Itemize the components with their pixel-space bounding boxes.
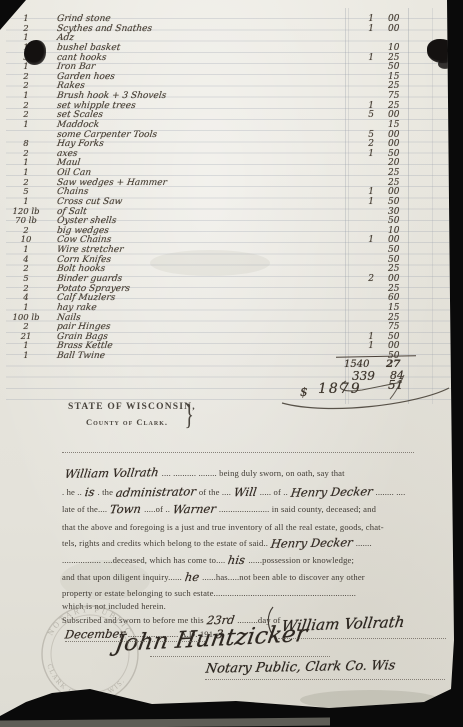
item-description: Oil Can: [56, 168, 91, 178]
grand-total-cents: 51: [388, 378, 403, 392]
item-price-cents: 25: [388, 81, 412, 91]
item-quantity: 1: [2, 197, 50, 207]
item-description: Binder guards: [56, 274, 122, 284]
ink-blot: [438, 59, 452, 69]
item-price-dollars: 1: [352, 149, 374, 159]
item-description: set Scales: [56, 110, 103, 120]
inventory-row: 2Rakes25: [0, 81, 463, 91]
scanned-document-photo: 1Grind stone1002Scythes and Snathes1001A…: [0, 0, 463, 727]
item-quantity: 1: [2, 14, 50, 24]
printed-form-text: and that upon diligent inquiry......: [62, 572, 182, 582]
item-price-cents: 60: [388, 293, 412, 303]
printed-form-text: tels, rights and credits which belong to…: [62, 538, 268, 548]
printed-form-text: ...................... in said county, d…: [219, 504, 376, 514]
svg-text:CLARK COUNTY, WIS.: CLARK COUNTY, WIS.: [45, 663, 126, 700]
inventory-row: 2pair Hinges75: [0, 322, 463, 332]
item-price-dollars: 2: [352, 139, 374, 149]
affidavit-line: tels, rights and credits which belong to…: [62, 533, 422, 551]
handwritten-fill-in: he: [184, 570, 200, 584]
item-description: Calf Muzlers: [56, 293, 115, 303]
printed-form-text: ..... of ..: [260, 487, 288, 497]
handwritten-fill-in: Will: [233, 485, 258, 499]
item-description: Rakes: [56, 81, 85, 91]
item-quantity: 8: [2, 139, 50, 149]
printed-form-text: late of the....: [62, 504, 107, 514]
item-description: Ball Twine: [56, 351, 105, 361]
inventory-row: 1Brass Kettle100: [0, 341, 463, 351]
printed-form-text: . he ..: [62, 487, 82, 497]
inventory-row: 1Iron Bar50: [0, 62, 463, 72]
handwritten-fill-in: Warner: [172, 502, 217, 517]
item-price-dollars: 1: [352, 24, 374, 34]
printed-form-text: .....of ..: [144, 504, 170, 514]
printed-form-text: ......has.....not been able to discover …: [202, 572, 365, 582]
paper-stain: [300, 690, 440, 710]
item-price-cents: 00: [388, 235, 412, 245]
item-price-cents: 15: [388, 120, 412, 130]
item-quantity: 1: [2, 62, 50, 72]
item-quantity: 1: [2, 158, 50, 168]
item-quantity: 1: [2, 341, 50, 351]
dotted-rule: [62, 452, 414, 453]
notary-title-handwritten: Notary Public, Clark Co. Wis: [205, 658, 397, 676]
inventory-row: 1Grind stone100: [0, 14, 463, 24]
handwritten-fill-in: Henry Decker: [290, 484, 374, 499]
item-price-cents: 20: [388, 158, 412, 168]
affidavit-line: . he ..is. theadministratorof the ....Wi…: [62, 482, 422, 500]
item-price-cents: 50: [388, 62, 412, 72]
item-price-cents: 15: [388, 303, 412, 313]
item-description: Cow Chains: [56, 235, 111, 245]
printed-form-text: ......possession or knowledge;: [248, 555, 354, 565]
signature-line: [65, 641, 205, 642]
item-description: Grind stone: [56, 14, 111, 24]
item-description: Bolt hooks: [56, 264, 105, 274]
item-description: Brass Kettle: [56, 341, 113, 351]
printed-form-text: ........ ....: [376, 487, 406, 497]
item-description: pair Hinges: [56, 322, 111, 332]
item-price-dollars: 1: [352, 341, 374, 351]
item-price-dollars: 1: [352, 187, 374, 197]
ink-blot: [24, 40, 46, 65]
printed-form-text: of the ....: [199, 487, 231, 497]
county-heading: County of Clark.: [86, 417, 168, 427]
item-quantity: 10: [2, 235, 50, 245]
item-quantity: 70 lb: [2, 216, 50, 226]
item-quantity: 5: [2, 274, 50, 284]
item-price-cents: 50: [388, 216, 412, 226]
grand-total-currency: $: [300, 385, 308, 399]
item-quantity: 1: [2, 120, 50, 130]
state-heading: STATE OF WISCONSIN,: [68, 402, 196, 412]
inventory-row: 5Chains100: [0, 187, 463, 197]
item-quantity: 5: [2, 187, 50, 197]
handwritten-fill-in: Town: [109, 502, 142, 517]
item-description: Wire stretcher: [56, 245, 124, 255]
item-price-cents: 50: [388, 197, 412, 207]
handwritten-fill-in: his: [227, 553, 246, 567]
item-description: Maddock: [56, 120, 99, 130]
item-quantity: 2: [2, 264, 50, 274]
handwritten-fill-in: administrator: [115, 484, 197, 499]
affidavit-line: William Vollrath.... .......... ........…: [62, 463, 422, 481]
signature-line: [278, 638, 446, 639]
item-quantity: 2: [2, 322, 50, 332]
item-price-cents: 00: [388, 110, 412, 120]
heading-brace: }: [185, 398, 194, 432]
item-price-cents: 25: [388, 168, 412, 178]
handwritten-fill-in: is: [84, 485, 96, 499]
item-price-cents: 10: [388, 43, 412, 53]
item-quantity: 1: [2, 245, 50, 255]
inventory-row: 1Wire stretcher50: [0, 245, 463, 255]
inventory-row: 5Binder guards200: [0, 274, 463, 284]
affidavit-line: late of the....Town.....of ..Warner.....…: [62, 499, 422, 517]
inventory-row: 1Adz: [0, 33, 463, 43]
underlying-surface-edge: [0, 718, 330, 727]
item-quantity: 1: [2, 303, 50, 313]
inventory-row: 1Maddock15: [0, 120, 463, 130]
item-price-cents: 00: [388, 14, 412, 24]
paper-sheet: 1Grind stone1002Scythes and Snathes1001A…: [0, 0, 463, 727]
item-quantity: 2: [2, 81, 50, 91]
item-price-dollars: 5: [352, 110, 374, 120]
item-price-cents: 75: [388, 91, 412, 101]
item-description: bushel basket: [56, 43, 120, 53]
item-price-dollars: 1: [352, 197, 374, 207]
affidavit-line: ................. ....deceased, which ha…: [62, 550, 422, 568]
inventory-row: 2Bolt hooks25: [0, 264, 463, 274]
grand-total-dollars: 1879: [318, 381, 362, 397]
inventory-row: 1Maul20: [0, 158, 463, 168]
printed-form-text: .... .......... ........ being duly swor…: [162, 468, 345, 478]
item-description: Iron Bar: [56, 62, 95, 72]
handwritten-fill-in: Henry Decker: [270, 535, 354, 550]
item-price-cents: 50: [388, 245, 412, 255]
item-price-cents: 75: [388, 322, 412, 332]
inventory-row: 2set Scales500: [0, 110, 463, 120]
inventory-row: 70 lbOyster shells50: [0, 216, 463, 226]
item-description: Chains: [56, 187, 89, 197]
item-price-dollars: 1: [352, 53, 374, 63]
item-description: Hay Forks: [56, 139, 104, 149]
seal-arc-bottom: CLARK COUNTY, WIS.: [45, 663, 126, 700]
item-quantity: 1: [2, 168, 50, 178]
handwritten-fill-in: William Vollrath: [64, 465, 160, 481]
item-price-cents: 00: [388, 139, 412, 149]
item-description: Cross cut Saw: [56, 197, 122, 207]
item-description: Adz: [56, 33, 74, 43]
printed-form-text: that the above and foregoing is a just a…: [62, 522, 384, 532]
item-price-dollars: 2: [352, 274, 374, 284]
item-quantity: 1: [2, 351, 50, 361]
inventory-row: 8Hay Forks200: [0, 139, 463, 149]
printed-form-text: ................. ....deceased, which ha…: [62, 555, 225, 565]
inventory-row: 1Brush hook + 3 Shovels75: [0, 91, 463, 101]
inventory-row: 1Cross cut Saw150: [0, 197, 463, 207]
printed-form-text: .......: [356, 538, 372, 548]
inventory-row: 1bushel basket10: [0, 43, 463, 53]
item-price-cents: 00: [388, 187, 412, 197]
item-description: Brush hook + 3 Shovels: [56, 91, 166, 101]
item-quantity: 2: [2, 110, 50, 120]
inventory-row: 4Calf Muzlers60: [0, 293, 463, 303]
item-price-cents: 00: [388, 341, 412, 351]
signature-line: [150, 656, 330, 657]
inventory-row: 1hay rake15: [0, 303, 463, 313]
inventory-row: 10Cow Chains100: [0, 235, 463, 245]
item-price-cents: 25: [388, 264, 412, 274]
item-price-dollars: 1: [352, 14, 374, 24]
inventory-row: 1Oil Can25: [0, 168, 463, 178]
item-quantity: 4: [2, 293, 50, 303]
item-price-dollars: 1: [352, 235, 374, 245]
item-description: Oyster shells: [56, 216, 117, 226]
signature-line: [205, 679, 445, 680]
item-description: Maul: [56, 158, 80, 168]
item-quantity: 1: [2, 91, 50, 101]
item-description: hay rake: [56, 303, 97, 313]
item-price-cents: 00: [388, 274, 412, 284]
item-price-cents: 00: [388, 24, 412, 34]
printed-form-text: . the: [98, 487, 114, 497]
